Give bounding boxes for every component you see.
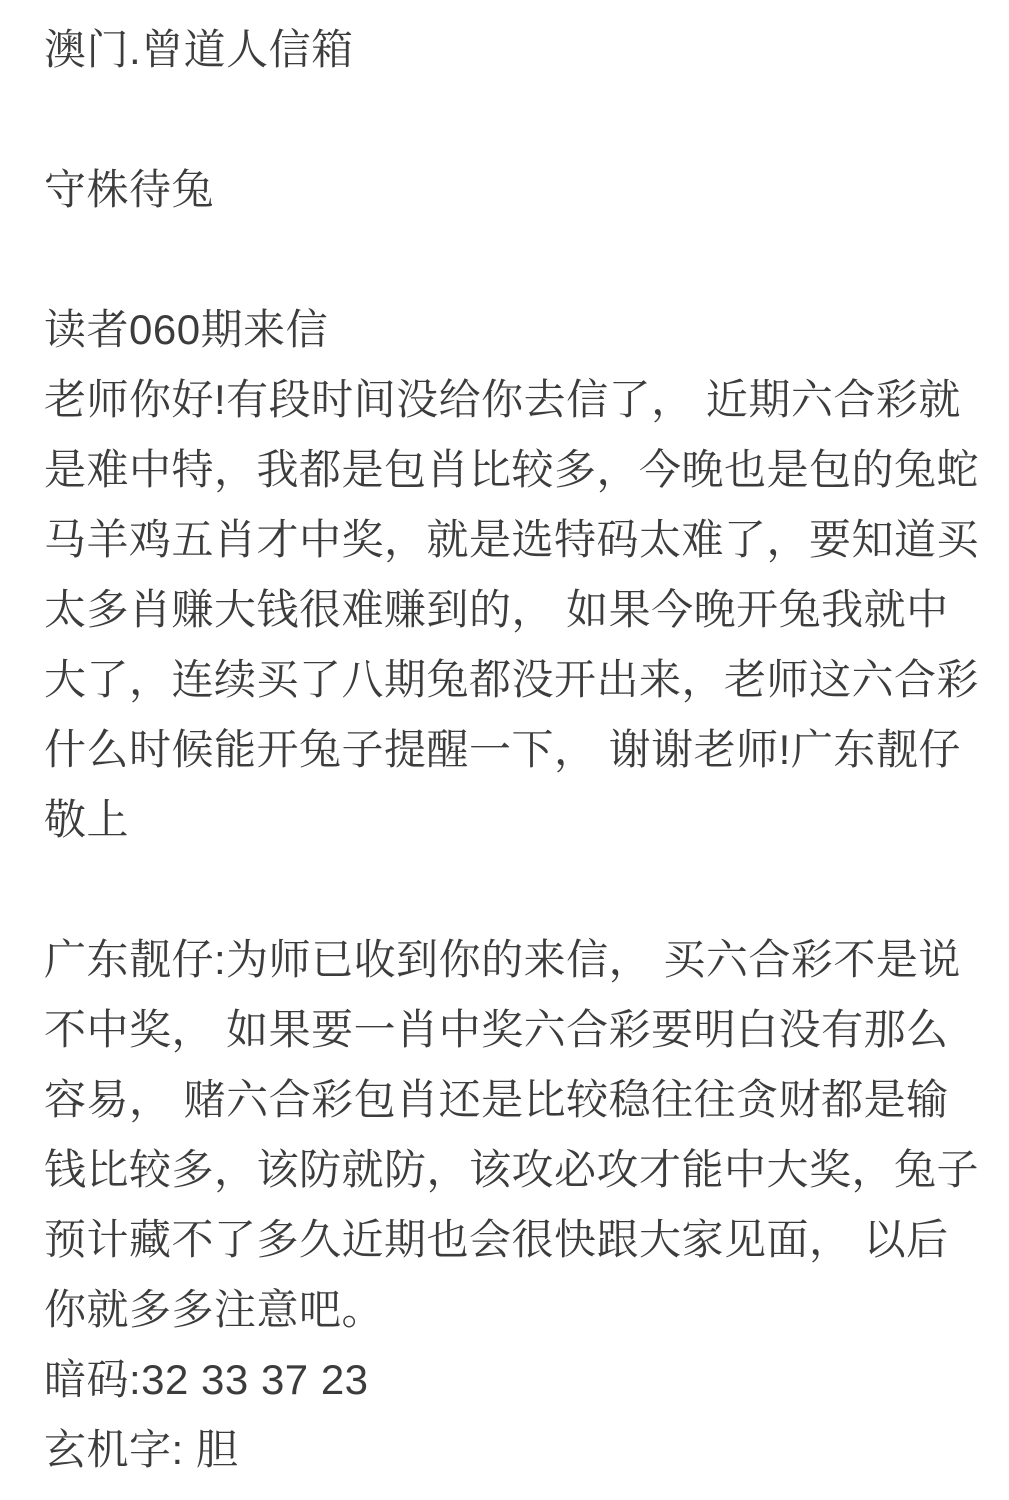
reply-line: 你就多多注意吧。 bbox=[44, 1275, 969, 1345]
letter-line: 是难中特，我都是包肖比较多，今晚也是包的兔蛇 bbox=[44, 435, 969, 505]
letter-line: 太多肖赚大钱很难赚到的， 如果今晚开兔我就中 bbox=[44, 575, 969, 645]
reply-line: 广东靓仔:为师已收到你的来信， 买六合彩不是说 bbox=[44, 925, 969, 995]
article-page: 澳门.曾道人信箱 守株待兔 读者060期来信 老师你好!有段时间没给你去信了， … bbox=[0, 0, 1009, 1500]
mystery-word-line: 玄机字: 胆 bbox=[44, 1415, 969, 1485]
letter-line: 老师你好!有段时间没给你去信了， 近期六合彩就 bbox=[44, 365, 969, 435]
idiom-line: 守株待兔 bbox=[44, 155, 969, 225]
reply-line: 容易， 赌六合彩包肖还是比较稳往往贪财都是输 bbox=[44, 1065, 969, 1135]
reply-line: 不中奖， 如果要一肖中奖六合彩要明白没有那么 bbox=[44, 995, 969, 1065]
letter-signoff-line: 敬上 bbox=[44, 785, 969, 855]
letter-line: 什么时候能开兔子提醒一下， 谢谢老师!广东靓仔 bbox=[44, 715, 969, 785]
page-title: 澳门.曾道人信箱 bbox=[44, 15, 969, 85]
letter-line: 马羊鸡五肖才中奖，就是选特码太难了，要知道买 bbox=[44, 505, 969, 575]
reply-line: 钱比较多，该防就防，该攻必攻才能中大奖，兔子 bbox=[44, 1135, 969, 1205]
letter-heading: 读者060期来信 bbox=[44, 295, 969, 365]
blank-line bbox=[44, 855, 969, 925]
blank-line bbox=[44, 225, 969, 295]
reply-line: 预计藏不了多久近期也会很快跟大家见面， 以后 bbox=[44, 1205, 969, 1275]
secret-code-line: 暗码:32 33 37 23 bbox=[44, 1345, 969, 1415]
blank-line bbox=[44, 85, 969, 155]
letter-line: 大了，连续买了八期兔都没开出来，老师这六合彩 bbox=[44, 645, 969, 715]
